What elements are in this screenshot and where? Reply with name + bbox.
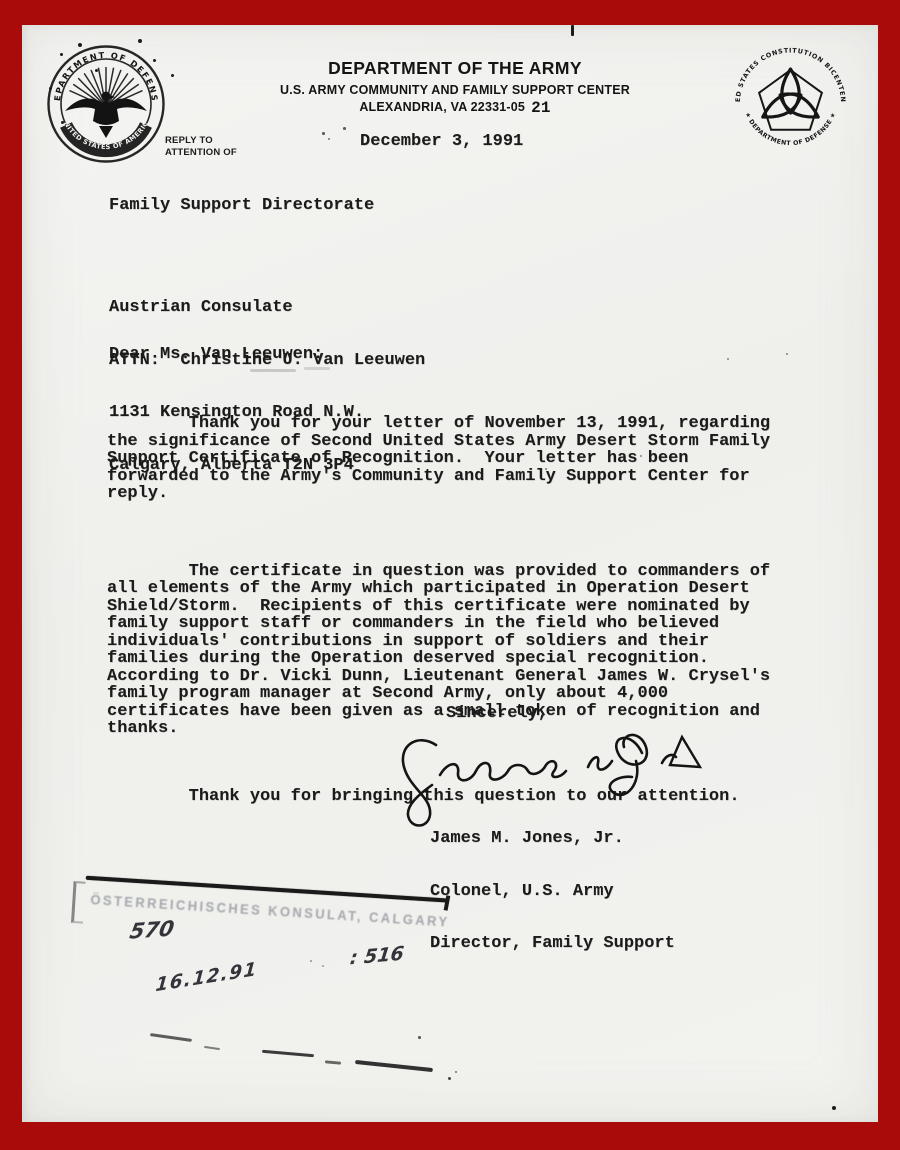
fold-mark	[262, 1050, 314, 1058]
reply-to-attention-of: REPLY TO ATTENTION OF	[165, 135, 255, 159]
letterhead-department: DEPARTMENT OF THE ARMY	[190, 58, 720, 79]
fold-mark	[355, 1060, 433, 1072]
letterhead-address: ALEXANDRIA, VA 22331-0521	[190, 99, 720, 117]
scan-tick	[571, 25, 574, 36]
signer-rank: Colonel, U.S. Army	[430, 883, 675, 901]
scan-speck	[600, 471, 602, 473]
closing: Sincerely,	[446, 704, 548, 723]
letterhead: DEPARTMENT OF THE ARMY U.S. ARMY COMMUNI…	[190, 58, 720, 117]
scan-speck	[138, 39, 142, 43]
handwritten-received-date: 16.12.91	[155, 959, 259, 997]
ink-smudge	[250, 369, 296, 372]
reply-to-line2: ATTENTION OF	[165, 147, 255, 159]
scan-speck	[786, 353, 788, 355]
scan-speck	[455, 1071, 457, 1073]
letter-date: December 3, 1991	[360, 132, 523, 151]
scan-speck	[95, 69, 98, 72]
fold-mark	[150, 1033, 192, 1041]
pentagon-outline	[759, 70, 822, 130]
fold-mark	[204, 1046, 220, 1050]
scanned-letter-page: DEPARTMENT OF DEFENSE UNITED STATES OF A…	[22, 25, 878, 1122]
ink-smudge	[304, 367, 330, 370]
reply-to-line1: REPLY TO	[165, 135, 255, 147]
scan-speck	[322, 132, 325, 135]
recipient-line: Austrian Consulate	[109, 299, 425, 317]
scan-speck	[322, 965, 324, 967]
department-of-defense-seal: DEPARTMENT OF DEFENSE UNITED STATES OF A…	[45, 43, 167, 165]
fold-mark	[325, 1060, 341, 1064]
scan-speck	[78, 43, 82, 47]
scan-speck	[418, 1036, 421, 1039]
salutation: Dear Ms. Van Leeuwen:	[109, 345, 323, 364]
scan-speck	[343, 127, 346, 130]
scan-speck	[832, 1106, 836, 1110]
triquetra-knot	[758, 69, 822, 124]
scan-speck	[153, 59, 156, 62]
letterhead-organization: U.S. ARMY COMMUNITY AND FAMILY SUPPORT C…	[190, 83, 720, 97]
typed-number: 21	[531, 99, 551, 117]
scan-speck	[49, 87, 52, 90]
scan-speck	[640, 455, 642, 457]
paragraph-1: Thank you for your letter of November 13…	[107, 415, 837, 503]
stamp-bracket	[71, 881, 86, 924]
office-line: Family Support Directorate	[109, 196, 374, 215]
scan-speck	[328, 138, 330, 140]
constitution-bicentennial-seal: UNITED STATES CONSTITUTION BICENTENNIAL …	[728, 39, 853, 164]
scan-speck	[727, 358, 729, 360]
letterhead-address-text: ALEXANDRIA, VA 22331-05	[359, 100, 525, 114]
handwritten-ref-570: 570	[128, 916, 176, 943]
scan-speck	[60, 53, 63, 56]
signer-name: James M. Jones, Jr.	[430, 830, 675, 848]
scan-speck	[61, 121, 64, 124]
scan-speck	[171, 74, 174, 77]
scan-speck	[545, 468, 547, 470]
scan-speck	[448, 1077, 451, 1080]
scan-speck	[310, 960, 312, 962]
